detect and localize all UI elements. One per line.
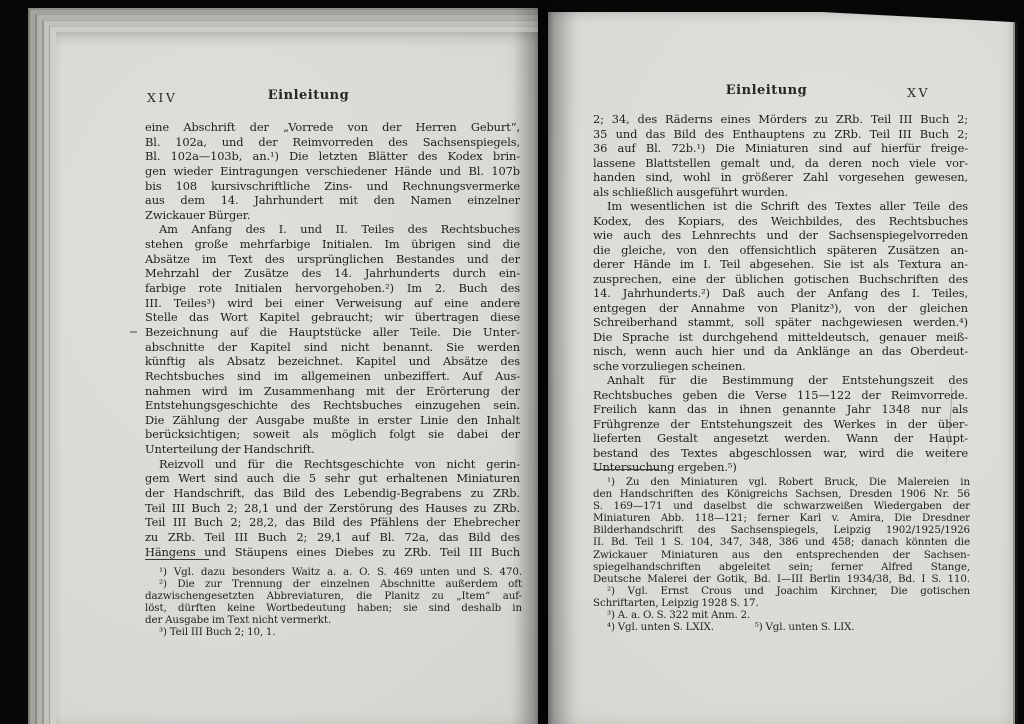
running-header-right: Einleitung: [579, 83, 954, 98]
footnote-rule-left: [145, 559, 209, 560]
text-line: die gleiche, von den offensichtlich spät…: [593, 243, 968, 258]
text-line: Unterteilung der Handschrift.: [145, 442, 520, 457]
text-line: Bezeichnung auf die Hauptstücke aller Te…: [145, 325, 520, 340]
text-line: Am Anfang des I. und II. Teiles des Rech…: [145, 222, 520, 237]
text-line: Kodex, des Kopiars, des Weichbildes, des…: [593, 214, 968, 229]
text-line: ¹) Zu den Miniaturen vgl. Robert Bruck, …: [593, 476, 970, 488]
text-line: derer Hände im I. Teil abgesehen. Sie is…: [593, 257, 968, 272]
text-line: Teil III Buch 2; 28,2, das Bild des Pfäh…: [145, 515, 520, 530]
text-line: Rechtsbuches geben die Verse 115—122 der…: [593, 388, 968, 403]
text-line: 2; 34, des Räderns eines Mörders zu ZRb.…: [593, 112, 968, 127]
text-line: Hängens und Stäupens eines Diebes zu ZRb…: [145, 545, 520, 560]
text-line: gem Wert sind auch die 5 sehr gut erhalt…: [145, 471, 520, 486]
text-line: Schreiberhand stammt, soll später nachge…: [593, 315, 968, 330]
text-line: S. 169—171 und daselbst die schwarzweiße…: [593, 500, 970, 512]
text-line: Rechtsbuches sind im allgemeinen unbezif…: [145, 369, 520, 384]
text-line: löst, dürften keine Wortbedeutung haben;…: [145, 602, 522, 614]
text-line: Freilich kann das in ihnen genannte Jahr…: [593, 402, 968, 417]
text-line: eine Abschrift der „Vorrede von der Herr…: [145, 120, 520, 135]
text-line: zusprechen, eine der üblichen gotischen …: [593, 272, 968, 287]
text-line: abschnitte der Kapitel sind nicht benann…: [145, 340, 520, 355]
text-line: bestand des Textes abgeschlossen war, wi…: [593, 446, 968, 461]
text-line: Mehrzahl der Zusätze des 14. Jahrhundert…: [145, 266, 520, 281]
right-page: Einleitung XV 2; 34, des Räderns eines M…: [548, 12, 1010, 724]
text-line: Anhalt für die Bestimmung der Entstehung…: [593, 373, 968, 388]
text-line: handen sind, wohl in größerer Zahl vorge…: [593, 170, 968, 185]
text-line: Frühgrenze der Entstehungszeit des Werke…: [593, 417, 968, 432]
right-page-footnotes: ¹) Zu den Miniaturen vgl. Robert Bruck, …: [593, 476, 970, 633]
text-line: ²) Die zur Trennung der einzelnen Abschn…: [145, 578, 522, 590]
text-line: III. Teiles³) wird bei einer Verweisung …: [145, 296, 520, 311]
text-line: ¹) Vgl. dazu besonders Waitz a. a. O. S.…: [145, 566, 522, 578]
text-line: Zwickauer Miniaturen aus den entsprechen…: [593, 549, 970, 561]
text-line: Absätze im Text des ursprünglichen Besta…: [145, 252, 520, 267]
text-line: nisch, wenn auch hier und da Anklänge an…: [593, 344, 968, 359]
text-line: berücksichtigen; soweit als möglich folg…: [145, 427, 520, 442]
text-line: der Ausgabe im Text nicht vermerkt.: [145, 614, 522, 626]
text-line: Reizvoll und für die Rechtsgeschichte vo…: [145, 457, 520, 472]
text-line: Untersuchung ergeben.⁵): [593, 460, 968, 475]
text-line: Im wesentlichen ist die Schrift des Text…: [593, 199, 968, 214]
running-header-left: Einleitung: [121, 88, 496, 103]
text-line: nahmen wird im Zusammenhang mit der Erör…: [145, 384, 520, 399]
text-line: lieferten Gestalt angesetzt werden. Wann…: [593, 431, 968, 446]
left-page-footnotes: ¹) Vgl. dazu besonders Waitz a. a. O. S.…: [145, 566, 522, 639]
text-line: 14. Jahrhunderts.²) Daß auch der Anfang …: [593, 286, 968, 301]
text-line: II. Bd. Teil 1 S. 104, 347, 348, 386 und…: [593, 536, 970, 548]
text-line: Die Sprache ist durchgehend mitteldeutsc…: [593, 330, 968, 345]
text-line: wie auch des Lehnrechts und der Sachsens…: [593, 228, 968, 243]
text-line: Bl. 102a, und der Reimvorreden des Sachs…: [145, 135, 520, 150]
scan-mark: [130, 331, 137, 333]
text-line: aus dem 14. Jahrhundert mit den Namen ei…: [145, 193, 520, 208]
text-line: Die Zählung der Ausgabe mußte in erster …: [145, 413, 520, 428]
text-line: künftig als Absatz bezeichnet. Kapitel u…: [145, 354, 520, 369]
text-line: stehen große mehrfarbige Initialen. Im ü…: [145, 237, 520, 252]
text-line: der Handschrift, das Bild des Lebendig-B…: [145, 486, 520, 501]
text-line: als schließlich ausgeführt wurden.: [593, 185, 968, 200]
footnote-rule-right: [593, 469, 659, 470]
text-line: bis 108 kursivschriftliche Zins- und Rec…: [145, 179, 520, 194]
text-line: den Handschriften des Königreichs Sachse…: [593, 488, 970, 500]
text-line: Schriftarten, Leipzig 1928 S. 17.: [593, 597, 970, 609]
text-line: Bl. 102a—103b, an.¹) Die letzten Blätter…: [145, 149, 520, 164]
text-line: 35 und das Bild des Enthauptens zu ZRb. …: [593, 127, 968, 142]
fore-edge: [1010, 0, 1018, 724]
text-line: dazwischengesetzten Abbreviaturen, die P…: [145, 590, 522, 602]
text-line: Zwickauer Bürger.: [145, 208, 520, 223]
left-page: XIV Einleitung eine Abschrift der „Vorre…: [56, 32, 538, 724]
text-line: Miniaturen Abb. 118—121; ferner Karl v. …: [593, 512, 970, 524]
text-line: farbige rote Initialen hervorgehoben.²) …: [145, 281, 520, 296]
text-line: ³) Teil III Buch 2; 10, 1.: [145, 626, 522, 638]
text-line: ²) Vgl. Ernst Crous und Joachim Kirchner…: [593, 585, 970, 597]
text-line: spiegelhandschriften abgeleitet sein; fe…: [593, 561, 970, 573]
text-line: entgegen der Annahme von Planitz³), von …: [593, 301, 968, 316]
left-page-body: eine Abschrift der „Vorrede von der Herr…: [145, 120, 520, 559]
text-line: ³) A. a. O. S. 322 mit Anm. 2.: [593, 609, 970, 621]
text-line: sche vorzuliegen scheinen.: [593, 359, 968, 374]
text-line: Stelle das Wort Kapitel gebraucht; wir ü…: [145, 310, 520, 325]
text-line: lassene Blattstellen gemalt und, da dere…: [593, 156, 968, 171]
text-line: Entstehungsgeschichte des Rechtsbuches e…: [145, 398, 520, 413]
right-page-body: 2; 34, des Räderns eines Mörders zu ZRb.…: [593, 112, 968, 475]
text-line: Bilderhandschrift des Sachsenspiegels, L…: [593, 524, 970, 536]
text-line: Deutsche Malerei der Gotik, Bd. I—III Be…: [593, 573, 970, 585]
text-line: zu ZRb. Teil III Buch 2; 29,1 auf Bl. 72…: [145, 530, 520, 545]
text-line: 36 auf Bl. 72b.¹) Die Miniaturen sind au…: [593, 141, 968, 156]
text-line: Teil III Buch 2; 28,1 und der Zerstörung…: [145, 501, 520, 516]
text-line: gen wieder Eintragungen verschiedener Hä…: [145, 164, 520, 179]
book-scan: XIV Einleitung eine Abschrift der „Vorre…: [0, 0, 1024, 724]
text-line: ⁴) Vgl. unten S. LXIX. ⁵) Vgl. unten S. …: [593, 621, 970, 633]
page-number-right: XV: [907, 85, 930, 100]
